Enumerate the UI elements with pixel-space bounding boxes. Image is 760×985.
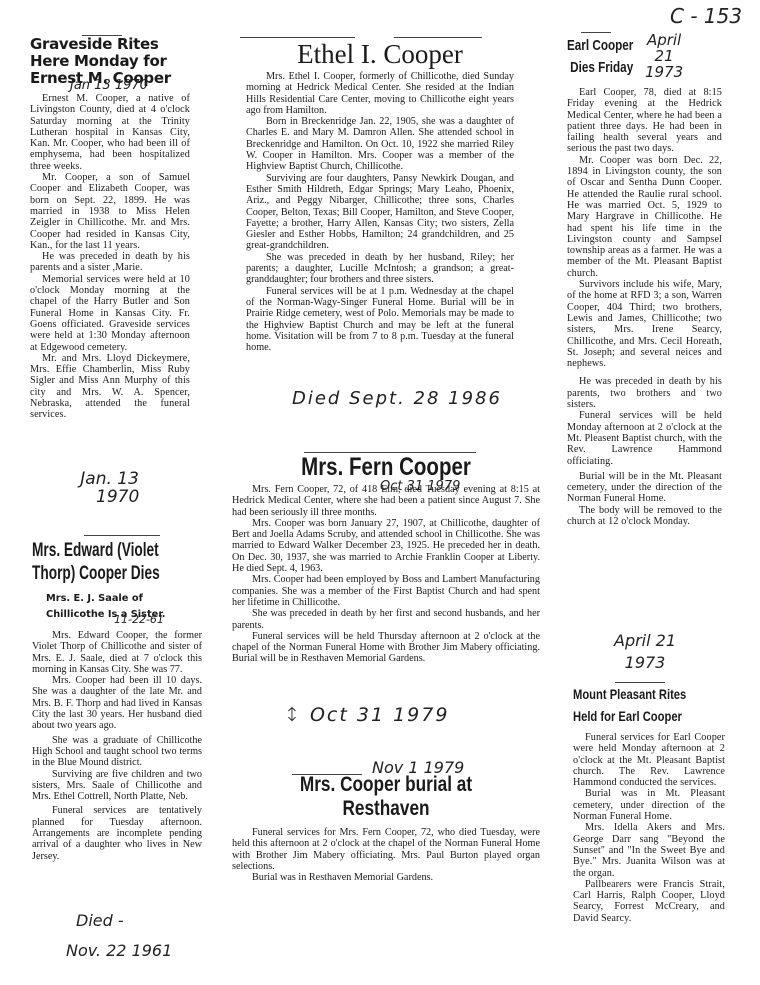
paragraph: He was preceded in death by his parents,… <box>567 376 722 410</box>
paragraph: The body will be removed to the church a… <box>567 505 722 528</box>
handwritten-note: ↕ Oct 31 1979 <box>284 704 449 726</box>
headline-line: Held for Earl Cooper <box>573 705 725 727</box>
article-body: Mrs. Edward Cooper, the former Violet Th… <box>32 630 202 862</box>
paragraph: Pallbearers were Francis Strait, Carl Ha… <box>573 879 725 924</box>
handwritten-note: Jan. 13 1970 <box>80 470 139 506</box>
note-line: Jan. 13 <box>80 470 139 488</box>
paragraph: He was preceded in death by his parents … <box>30 251 190 274</box>
note-line: April 21 <box>614 630 676 652</box>
article-ethel-cooper: Ethel I. Cooper Mrs. Ethel I. Cooper, fo… <box>246 36 514 353</box>
article-violet-cooper: Mrs. Edward (Violet Thorp) Cooper Dies M… <box>32 533 202 862</box>
article-body: Mrs. Fern Cooper, 72, of 418 Elm, died T… <box>232 484 540 665</box>
headline-line: Mount Pleasant Rites <box>573 683 725 705</box>
paragraph: Funeral services for Earl Cooper were he… <box>573 732 725 788</box>
article-ernest-cooper: Graveside Rites Here Monday for Ernest M… <box>30 36 190 421</box>
paragraph: Mr. Cooper was born Dec. 22, 1894 in Liv… <box>567 155 722 279</box>
note-line: 1973 <box>614 652 676 674</box>
headline: Mrs. Edward (Violet Thorp) Cooper Dies <box>32 539 202 585</box>
date-line: 21 <box>645 48 683 64</box>
article-fern-burial: Nov 1 1979 Mrs. Cooper burial at Resthav… <box>232 760 540 883</box>
divider <box>581 32 611 33</box>
headline-line: Thorp) Cooper Dies <box>32 562 205 585</box>
paragraph: Burial was in Resthaven Memorial Gardens… <box>232 872 540 883</box>
paragraph: Mrs. Ethel I. Cooper, formerly of Chilli… <box>246 71 514 116</box>
handwritten-date: Oct 31 1979 <box>380 479 460 494</box>
handwritten-date: 11-22-61 <box>114 613 164 626</box>
article-body: Funeral services for Mrs. Fern Cooper, 7… <box>232 827 540 883</box>
paragraph: Funeral services will be held Monday aft… <box>567 410 722 466</box>
paragraph: Mrs. Cooper had been ill 10 days. She wa… <box>32 675 202 731</box>
divider <box>240 37 355 38</box>
paragraph: Mrs. Cooper was born January 27, 1907, a… <box>232 518 540 574</box>
date-line: 1973 <box>645 64 683 80</box>
date-line: April <box>645 32 683 48</box>
article-earl-rites: Mount Pleasant Rites Held for Earl Coope… <box>573 681 725 924</box>
headline-line: Mrs. Edward (Violet <box>32 539 205 562</box>
paragraph: Ernest M. Cooper, a native of Livingston… <box>30 93 190 172</box>
paragraph: Burial was in Mt. Pleasant cemetery, und… <box>573 788 725 822</box>
handwritten-note: April 21 1973 <box>614 630 676 674</box>
article-body: Earl Cooper, 78, died at 8:15 Friday eve… <box>567 87 722 527</box>
paragraph: Burial will be in the Mt. Pleasant cemet… <box>567 471 722 505</box>
article-body: Ernest M. Cooper, a native of Livingston… <box>30 93 190 421</box>
article-fern-cooper: Mrs. Fern Cooper Oct 31 1979 Mrs. Fern C… <box>232 452 540 665</box>
note-text: Oct 31 1979 <box>310 704 449 726</box>
paragraph: Memorial services were held at 10 o'cloc… <box>30 274 190 353</box>
paragraph: Mr. Cooper, a son of Samuel Cooper and E… <box>30 172 190 251</box>
headline: Mrs. Fern Cooper <box>260 453 513 481</box>
paragraph: She was preceded in death by her first a… <box>232 608 540 631</box>
article-earl-cooper: Earl Cooper Dies Friday April 21 1973 Ea… <box>567 32 722 527</box>
paragraph: Mrs. Idella Akers and Mrs. George Darr s… <box>573 822 725 878</box>
headline-line: Here Monday for <box>30 53 190 70</box>
paragraph: Mrs. Cooper had been employed by Boss an… <box>232 574 540 608</box>
handwritten-date: April 21 1973 <box>645 32 683 80</box>
note-line: Nov. 22 1961 <box>66 936 172 966</box>
article-body: Funeral services for Earl Cooper were he… <box>573 732 725 924</box>
handwritten-note: Died - Nov. 22 1961 <box>66 906 172 966</box>
paragraph: Mr. and Mrs. Lloyd Dickeymere, Mrs. Effi… <box>30 353 190 421</box>
headline: Mrs. Cooper burial at Resthaven <box>260 773 513 821</box>
paragraph: Mrs. Edward Cooper, the former Violet Th… <box>32 630 202 675</box>
arrow-up-icon: ↕ <box>284 704 302 726</box>
paragraph: Funeral services for Mrs. Fern Cooper, 7… <box>232 827 540 872</box>
catalog-number-annotation: C - 153 <box>670 4 742 28</box>
divider <box>394 37 482 38</box>
paragraph: Funeral services are tentatively planned… <box>32 805 202 861</box>
paragraph: She was a graduate of Chillicothe High S… <box>32 735 202 769</box>
paragraph: Earl Cooper, 78, died at 8:15 Friday eve… <box>567 87 722 155</box>
note-line: Died - <box>66 906 172 936</box>
paragraph: Born in Breckenridge Jan. 22, 1905, she … <box>246 116 514 172</box>
divider <box>84 535 160 536</box>
paragraph: Surviving are five children and two sist… <box>32 769 202 803</box>
paragraph: Funeral services will be held Thursday a… <box>232 631 540 665</box>
headline-line: Graveside Rites <box>30 36 190 53</box>
headline: Ethel I. Cooper <box>246 39 514 69</box>
handwritten-note: Died Sept. 28 1986 <box>292 388 502 409</box>
subheadline-line: Mrs. E. J. Saale of <box>32 591 202 607</box>
handwritten-date: Jan 13 1970 <box>70 78 148 93</box>
divider <box>82 35 122 36</box>
paragraph: Funeral services will be at 1 p.m. Wedne… <box>246 286 514 354</box>
paragraph: She was preceded in death by her husband… <box>246 252 514 286</box>
note-line: 1970 <box>80 488 139 506</box>
article-body: Mrs. Ethel I. Cooper, formerly of Chilli… <box>246 71 514 353</box>
headline: Mount Pleasant Rites Held for Earl Coope… <box>573 683 725 727</box>
paragraph: Survivors include his wife, Mary, of the… <box>567 279 722 369</box>
paragraph: Surviving are four daughters, Pansy Newk… <box>246 173 514 252</box>
